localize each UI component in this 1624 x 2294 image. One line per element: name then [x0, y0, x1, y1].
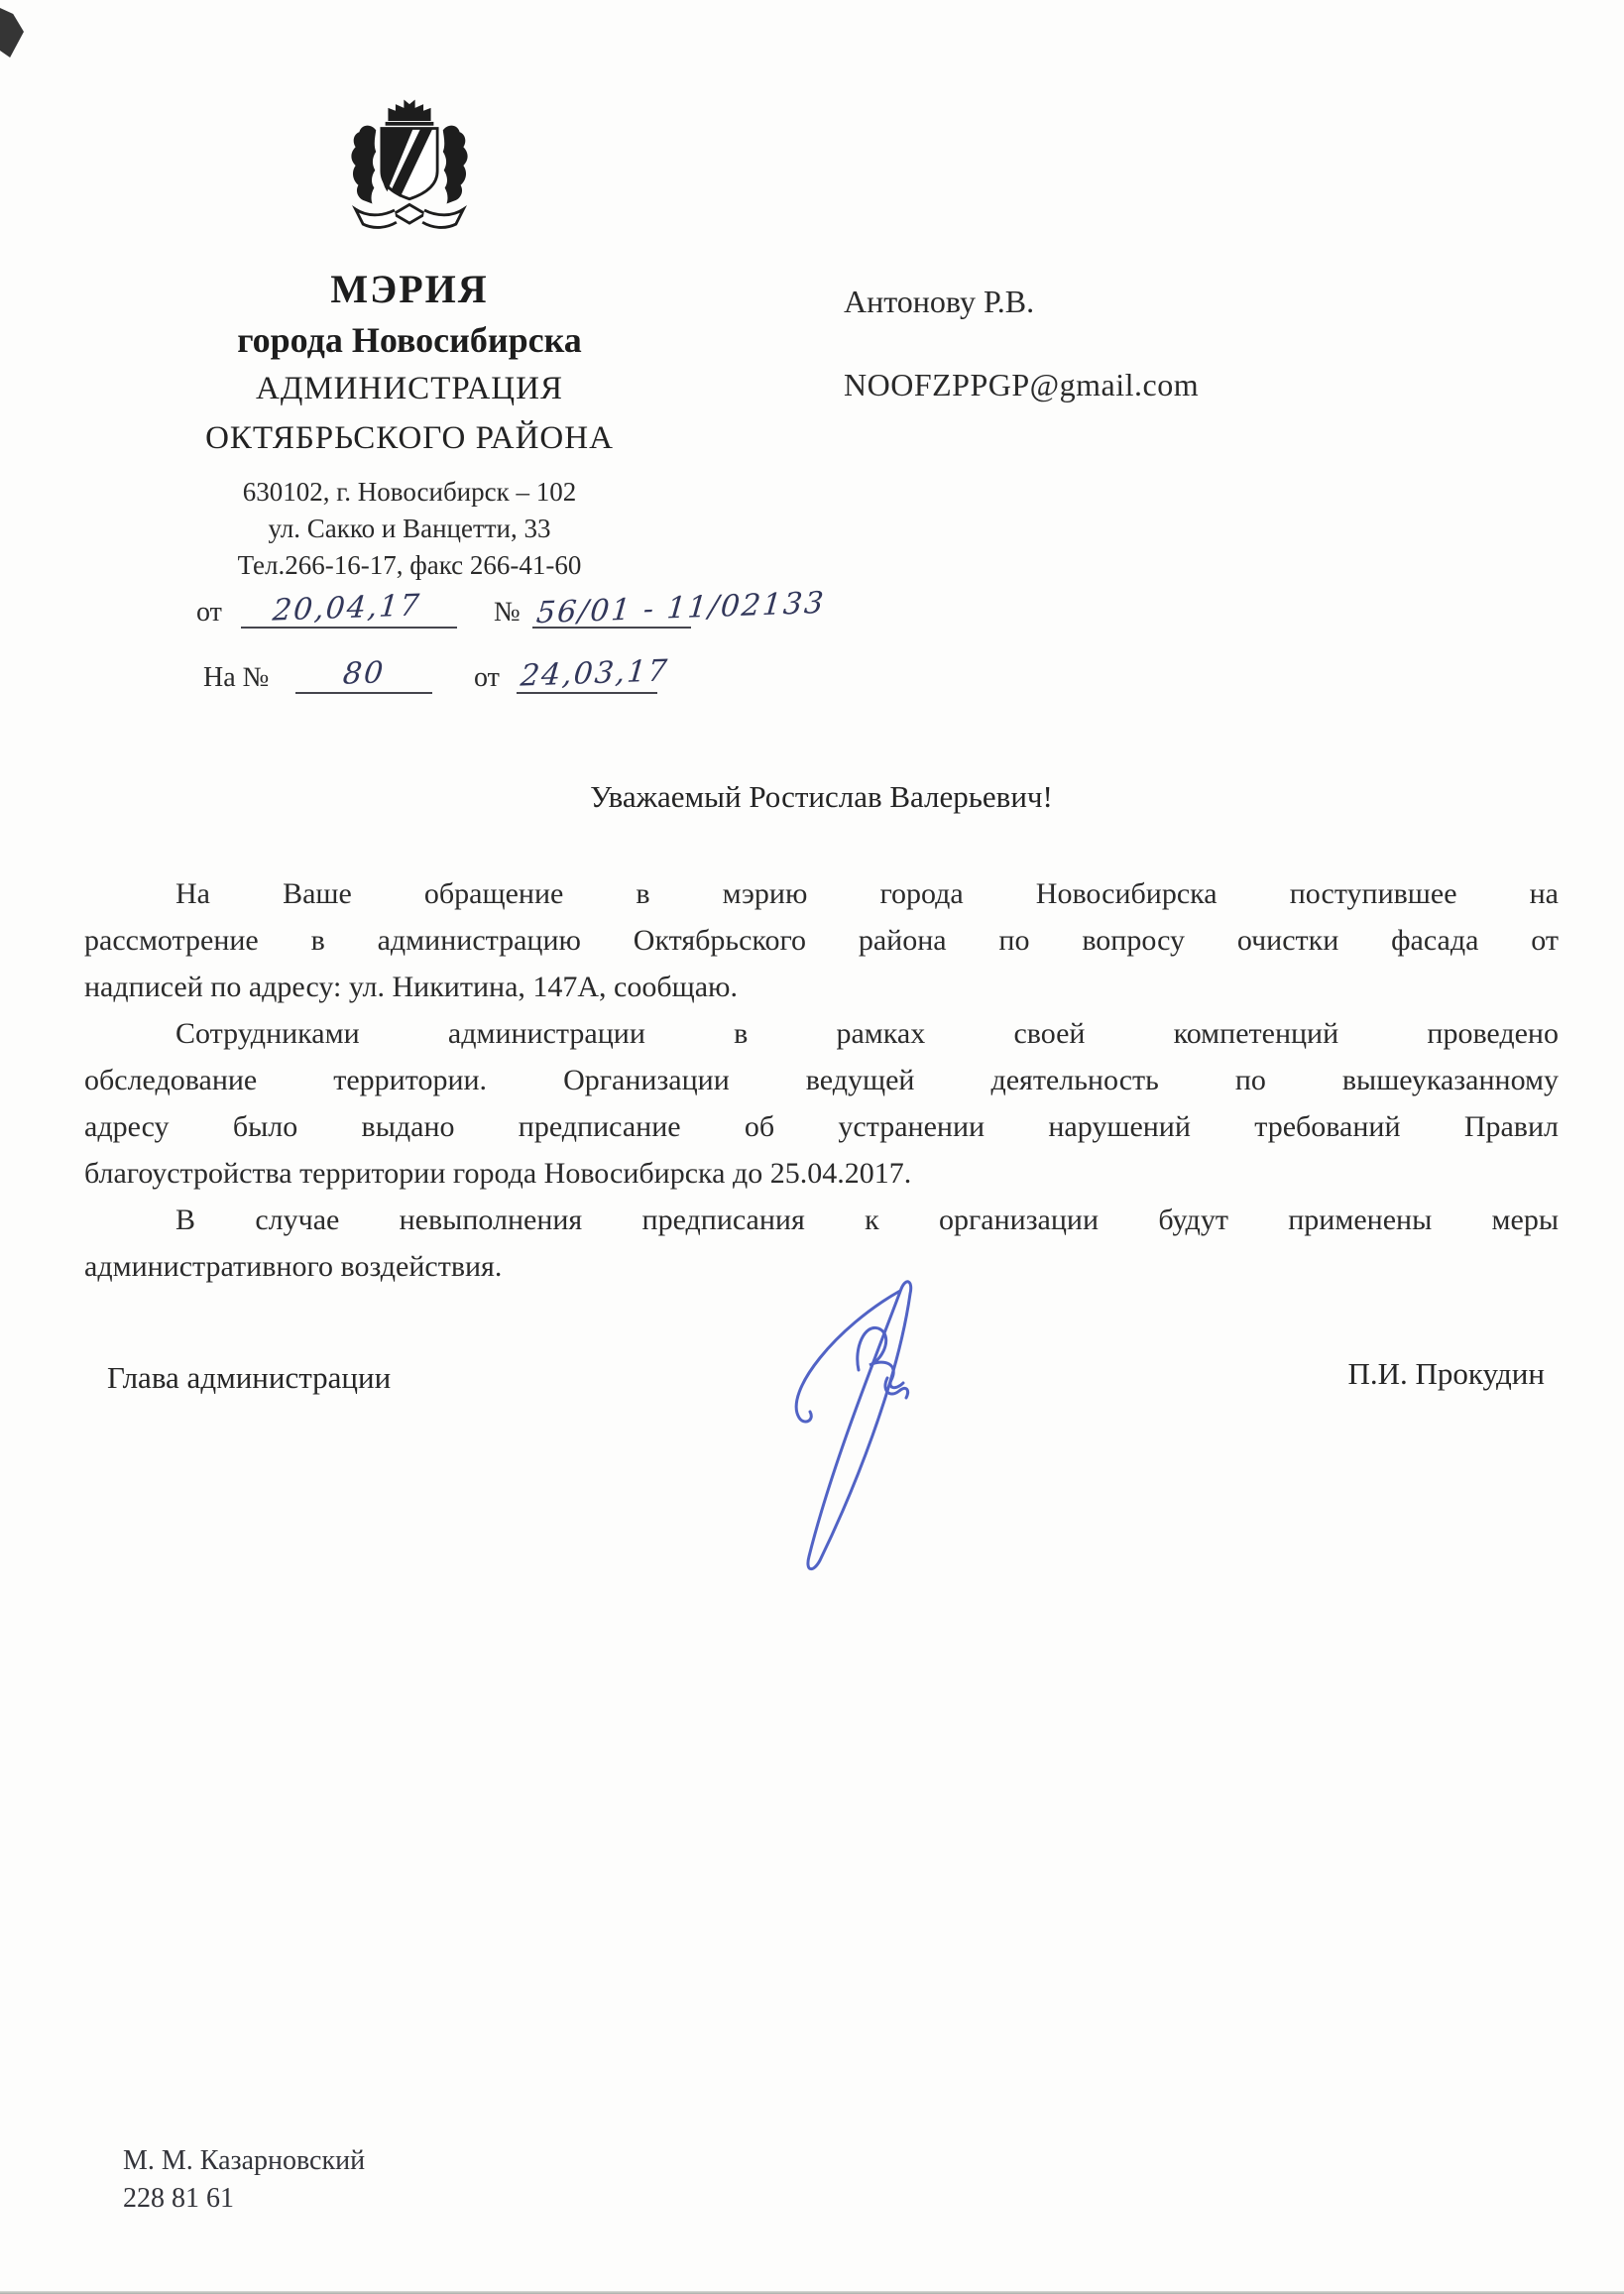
org-name-line2: города Новосибирска	[112, 319, 707, 361]
org-address-line1: 630102, г. Новосибирск – 102	[112, 477, 707, 508]
ref-number-label: №	[494, 597, 521, 629]
recipient-name: Антонову Р.В.	[844, 284, 1034, 320]
body-paragraph-2-line: обследование территории. Организации вед…	[84, 1057, 1559, 1103]
recipient-email: NOOFZPPGP@gmail.com	[844, 367, 1199, 403]
letter-page: МЭРИЯ города Новосибирска АДМИНИСТРАЦИЯ …	[0, 0, 1624, 2294]
reply-number-label: На №	[203, 662, 269, 694]
ref-number-line: 56/01 - 11/02133	[532, 591, 691, 629]
body-paragraph-1-line: рассмотрение в администрацию Октябрьског…	[84, 917, 1559, 964]
ref-number-value-handwritten: 56/01 - 11/02133	[535, 586, 827, 631]
org-address-line2: ул. Сакко и Ванцетти, 33	[112, 514, 707, 544]
novosibirsk-coat-of-arms-icon	[335, 95, 484, 266]
executor-name: М. М. Казарновский	[123, 2145, 365, 2177]
scan-corner-artifact	[0, 8, 24, 57]
ref-from-line: 20,04,17	[241, 591, 457, 629]
reply-number-value-handwritten: 80	[341, 655, 386, 692]
body-paragraph-2-line: благоустройства территории города Новоси…	[84, 1150, 1559, 1197]
signer-title: Глава администрации	[107, 1360, 391, 1396]
org-name-line3: АДМИНИСТРАЦИЯ	[112, 371, 707, 407]
body-paragraph-3-line: В случае невыполнения предписания к орга…	[84, 1197, 1559, 1243]
letter-body: На Ваше обращение в мэрию города Новосиб…	[84, 870, 1559, 1290]
executor-phone: 228 81 61	[123, 2183, 234, 2215]
body-paragraph-1-line: надписей по адресу: ул. Никитина, 147А, …	[84, 964, 1559, 1010]
org-name-line1: МЭРИЯ	[112, 266, 707, 312]
body-paragraph-2-line: адресу было выдано предписание об устран…	[84, 1103, 1559, 1150]
org-name-line4: ОКТЯБРЬСКОГО РАЙОНА	[112, 420, 707, 457]
reply-date-line: 24,03,17	[517, 656, 657, 694]
ref-from-label: от	[196, 597, 222, 629]
salutation: Уважаемый Ростислав Валерьевич!	[84, 779, 1559, 815]
signature-ink-icon	[742, 1267, 1003, 1584]
reply-number-line: 80	[295, 656, 432, 694]
ref-from-value-handwritten: 20,04,17	[272, 588, 423, 628]
reply-date-value-handwritten: 24,03,17	[520, 653, 671, 693]
body-paragraph-1-line: На Ваше обращение в мэрию города Новосиб…	[84, 870, 1559, 917]
signer-name: П.И. Прокудин	[1347, 1356, 1545, 1392]
reply-date-label: от	[474, 662, 500, 694]
org-phone-line: Тел.266-16-17, факс 266-41-60	[112, 550, 707, 581]
body-paragraph-2-line: Сотрудниками администрации в рамках свое…	[84, 1010, 1559, 1057]
